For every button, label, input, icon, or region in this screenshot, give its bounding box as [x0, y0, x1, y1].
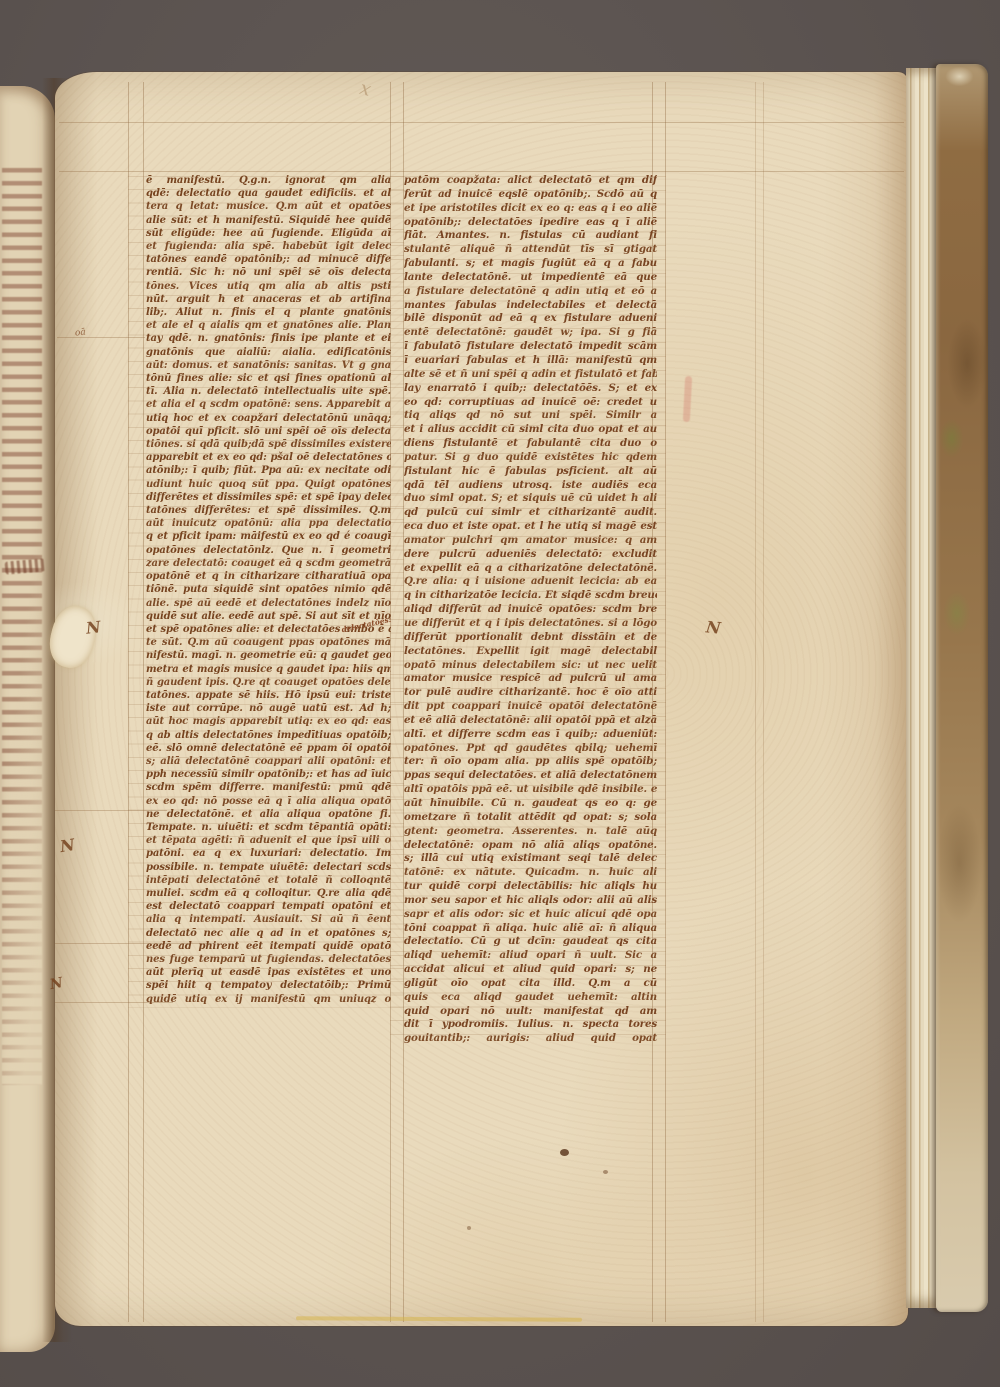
manuscript-text-line: tiōnes. si qdā quib;dā spē dissimiles ex… [146, 438, 391, 451]
manuscript-text-line: eedē ad phirent eēt itempati quidē opatō [146, 940, 391, 953]
manuscript-text-line: aūt plerīq ut easdē ipas existētes et un… [146, 966, 391, 979]
manuscript-text-line: tur quidē corpi delectābilis: hic aliqls… [404, 880, 657, 894]
ruling-line-horizontal [59, 122, 904, 123]
manuscript-text-line: gtent: geometra. Asserentes. n. talē aūq [404, 825, 657, 839]
manuscript-text-line: opatōnē et q in citharizare citharatiuā … [146, 570, 391, 583]
manuscript-text-line: eca duo et iste opat. et l he utiq si ma… [404, 520, 657, 534]
ruling-line-vertical [763, 82, 764, 1322]
manuscript-text-line: tatōnes eandē opatōnib;: ad minucē diffe [146, 253, 391, 266]
ink-stain [467, 1226, 471, 1230]
manuscript-text-line: alie sūt: et h manifestū. Siquidē hee qu… [146, 214, 391, 227]
manuscript-text-line: altī opatōis ppā eē. ut uisibile qdē ins… [404, 783, 657, 797]
manuscript-text-line: lib;. Aliut n. finis el q plante gnatōni… [146, 306, 391, 319]
manuscript-text-line: et ipe aristotiles dicit ex eo q: eas q … [404, 202, 657, 216]
manuscript-text-line: differūt pportionalit debnt disstāin et … [404, 631, 657, 645]
manuscript-text-line: amator pulchri qm amator musice: q am [404, 534, 657, 548]
manuscript-text-line: apparebit et ex eo qd: pšal oē delectatō… [146, 451, 391, 464]
manuscript-text-line: atōnib;: ī quib; fiūt. Ppa aū: ex necita… [146, 464, 391, 477]
manuscript-text-line: lectatōnes. Expellit igit magē delectabi… [404, 645, 657, 659]
manuscript-text-line: ī euariari fabulas et h illā: manifestū … [404, 354, 657, 368]
manuscript-text-line: eē. slō omnē delectatōnē eē ppam ōi opat… [146, 742, 391, 755]
manuscript-text-line: ñ gaudent ipis. Q.re qt coauget opatōes … [146, 676, 391, 689]
manuscript-text-line: amator musice respicē ad pulcrū ul ama [404, 672, 657, 686]
ink-stain [603, 1170, 608, 1174]
manuscript-text-line: aūt hīnuibile. Cū n. gaudeat qs eo q: ge [404, 797, 657, 811]
manuscript-text-line: accidat alicui et aliud quid opari: s; n… [404, 963, 657, 977]
manuscript-text-line: eo qd: corruptiuas ad inuicē oē: credet … [404, 396, 657, 410]
nota-mark-icon: N [59, 835, 76, 856]
manuscript-text-line: et tēpata agēti: ñ aduenit el que ipsī u… [146, 834, 391, 847]
manuscript-text-line: ppas sequi delectatōes. et aliā delectat… [404, 769, 657, 783]
manuscript-text-line: delectatōnē: opam nō aliā aliqs opatōne. [404, 839, 657, 853]
manuscript-text-line: ferūt ad inuicē eqslē opatōnib;. Scdō aū… [404, 188, 657, 202]
text-column-right: patōm coapžata: alict delectatō et qm di… [404, 174, 657, 1048]
manuscript-text-line: a fistulare delectatōnē q adin utiq et e… [404, 285, 657, 299]
manuscript-text-line: tera q letat: musice. Q.m aūt et opatōes [146, 200, 391, 213]
manuscript-text-line: pph necessīū similr opatōnib;: et has ad… [146, 768, 391, 781]
manuscript-text-line: ometzare ñ totalit attēdit qd opat: s; s… [404, 811, 657, 825]
manuscript-text-line: bilē disponūt ad eā q ex fistulare aduen… [404, 312, 657, 326]
manuscript-text-line: iste aut corrūpe. nō augē uatū est. Ad h… [146, 702, 391, 715]
manuscript-text-line: quidē utiq ex ij manifestū qm uniuqz o [146, 993, 391, 1006]
manuscript-text-line: tī. Alia n. delectatō intellectualis uit… [146, 385, 391, 398]
manuscript-text-line: opatōnes delectatōnlz. Que n. ī geometri [146, 544, 391, 557]
manuscript-text-line: fiāt. Amantes. n. fistulas cū audiant fi [404, 229, 657, 243]
manuscript-text-line: mor seu sapor et hic aliqls odor: alii a… [404, 894, 657, 908]
manuscript-text-line: gligūt oīo opat cita illd. Q.m a cū [404, 977, 657, 991]
text-column-left: ē manifestū. Q.g.n. ignorat qm aliaqdē: … [146, 174, 391, 1008]
manuscript-text-line: ī fabulatō fistulare delectatō impedit s… [404, 340, 657, 354]
ruling-line-horizontal [59, 171, 904, 172]
manuscript-text-line: opatōnib;: delectatōes ipedire eas q ī a… [404, 216, 657, 230]
manuscript-text-line: tōni coappat ñ aliqa. huic aliē aī: ñ al… [404, 922, 657, 936]
manuscript-text-line: quid opari nō uult: manifestat qd am [404, 1005, 657, 1019]
manuscript-text-line: altī. et differre scdm eas ī quib;: adue… [404, 728, 657, 742]
manuscript-text-line: gnatōnis que aialiū: aialia. edificatōni… [146, 346, 391, 359]
manuscript-text-line: te sūt. Q.m aū coaugent ppas opatōnes mā [146, 636, 391, 649]
manuscript-text-line: nifestū. magī. n. geometrie eū: q gaudet… [146, 649, 391, 662]
manuscript-text-line: quidē sut alie. eedē aut spē. Si aut sīt… [146, 610, 391, 623]
manuscript-text-line: scdm spēm differre. manifestū: pmū qdē [146, 781, 391, 794]
manuscript-text-line: qd pulcū cui simlr et citharizantē audit… [404, 506, 657, 520]
manuscript-text-line: aūt hoc magis apparebit utiq: ex eo qd: … [146, 715, 391, 728]
manuscript-text-line: aūt: domus. et sanatōnis: sanitas. Vt g … [146, 359, 391, 372]
manuscript-text-line: differētes et dissimiles spē: et spē ipa… [146, 491, 391, 504]
manuscript-text-line: metra et magis musice q gaudet ipa: hiis… [146, 663, 391, 676]
manuscript-text-line: utiq hoc et ex coapžari delectatōnū unāq… [146, 412, 391, 425]
manuscript-text-line: qdē: delectatio qua gaudet edificiis. et… [146, 187, 391, 200]
manuscript-text-line: muliei. scdm eā q colloqitur. Q.re alia … [146, 887, 391, 900]
manuscript-text-line: entē delectatōnē: gaudēt w; ipa. Si g fi… [404, 326, 657, 340]
ink-stain [560, 1149, 569, 1156]
manuscript-text-line: ter: ñ oīo opam alia. pp aliis spē opatō… [404, 755, 657, 769]
manuscript-text-line: gouitantib;: aurigis: aliud quid opat [404, 1032, 657, 1046]
manuscript-text-line: nes fuge temparū ut fugiendas. delectatō… [146, 953, 391, 966]
manuscript-text-line: et eē aliā delectatōnē: alii opatōi ppā … [404, 714, 657, 728]
manuscript-text-line: Q.re alia: q i uisione aduenit lecicia: … [404, 575, 657, 589]
manuscript-text-line: opatōi quī pficit. slō uni spēi oē oīs d… [146, 425, 391, 438]
manuscript-text-line: tatōnes differētes: et spē dissimiles. Q… [146, 504, 391, 517]
manuscript-text-line: aliqd differūt ad inuicē opatōes: scdm b… [404, 603, 657, 617]
manuscript-text-line: tay qdē. n. gnatōnis: finis ipe plante e… [146, 332, 391, 345]
facing-page-text-bleed [2, 168, 42, 1085]
manuscript-text-line: delectatio. Cū g ut dcīn: gaudeat qs cit… [404, 935, 657, 949]
manuscript-text-line: ne delectatōnē. et alia aliqua opatōne f… [146, 808, 391, 821]
manuscript-text-line: sūt eligūde: hee aū fugiende. Eligūda aī [146, 227, 391, 240]
manuscript-text-line: dit ī ypodromiis. Iulius. n. specta tore… [404, 1018, 657, 1032]
manuscript-text-line: et i alius accidit cū siml cita duo opat… [404, 423, 657, 437]
manuscript-text-line: lante delectatōnē. ut impedientē eā que [404, 271, 657, 285]
manuscript-text-line: et alia el q scdm opatōnē: sens. Appareb… [146, 398, 391, 411]
manuscript-text-line: lay enarratō i quib;: delectatōēs. S; et… [404, 382, 657, 396]
manuscript-text-line: tōnū fines alie: sic et qsi fines opatio… [146, 372, 391, 385]
manuscript-text-line: patur. Si g duo quidē existētes hic qdem [404, 451, 657, 465]
nota-mark-icon: N [49, 975, 65, 993]
manuscript-text-line: duo siml opat. S; et siquis uē cū uidet … [404, 492, 657, 506]
manuscript-text-line: est delectatō coappari tempati opatōni e… [146, 900, 391, 913]
manuscript-text-line: delectatō nec alie q ad in et opatōnes s… [146, 927, 391, 940]
manuscript-text-line: tatōnes. appate sē hiis. Hō ipsū eui: tr… [146, 689, 391, 702]
manuscript-text-line: Tempate. n. uiuēti: et scdm tēpantiā opā… [146, 821, 391, 834]
manuscript-text-line: dit ppt coappari inuicē opatōi delectatō… [404, 700, 657, 714]
margin-mark: oā [74, 327, 86, 338]
manuscript-text-line: patōm coapžata: alict delectatō et qm di… [404, 174, 657, 188]
manuscript-text-line: tōnes. Vices utiq qm alia ab altis psti [146, 280, 391, 293]
manuscript-text-line: zare delectatō: coauget eā q scdm geomet… [146, 557, 391, 570]
manuscript-text-line: dere pulcrū adueniēs delectatō: excludit [404, 548, 657, 562]
manuscript-text-line: fistulant hic ē fabulas psficient. alt a… [404, 465, 657, 479]
manuscript-text-line: alte sē et ñ uni spēi q adin et fistulat… [404, 368, 657, 382]
manuscript-text-line: udiunt huic quoq sūt ppa. Quigt opatōnes [146, 478, 391, 491]
manuscript-text-line: ex eo qd: nō posse eā q ī alia aliqua op… [146, 795, 391, 808]
manuscript-text-line: sapr et alis odor: sic et huic alicui qd… [404, 908, 657, 922]
manuscript-text-line: ē manifestū. Q.g.n. ignorat qm alia [146, 174, 391, 187]
manuscript-text-line: rentiā. Sic h: nō uni spēi sē oīs delect… [146, 266, 391, 279]
manuscript-text-line: q ab altis delectatōnes impedītiuas opat… [146, 729, 391, 742]
manuscript-text-line: aūt inuicutz opatōnū: alia ppa delectati… [146, 517, 391, 530]
nota-mark-icon: N [705, 617, 722, 637]
manuscript-text-line: nūt. arguit h et anaceras et ab artifina [146, 293, 391, 306]
ruling-line-vertical [755, 82, 756, 1322]
manuscript-text-line: mantes fabulas indelectabiles et delectā [404, 299, 657, 313]
manuscript-text-line: et ale el q aialis qm et gnatōnes alie. … [146, 319, 391, 332]
manuscript-text-line: et fugienda: alia spē. habebūt igit dele… [146, 240, 391, 253]
manuscript-text-line: tiōnē. puta siquidē sint opatōes nimio q… [146, 583, 391, 596]
page-stack-fore-edge [906, 68, 939, 1308]
nota-mark-icon: N [85, 617, 102, 637]
manuscript-text-line: spēi hiit q tempatoy delectatōib;: Primū [146, 979, 391, 992]
manuscript-text-line: tor pulē audire citharizantē. hoc ē oīo … [404, 686, 657, 700]
manuscript-text-line: possibile. n. tempate uiuētē: delectari … [146, 861, 391, 874]
manuscript-text-line: quis eca aliqd gaudet uehemīt: altin [404, 991, 657, 1005]
manuscript-text-line: s; aliā delectatōnē coappari alii opatōn… [146, 755, 391, 768]
manuscript-text-line: qdā tēl audiens utrosq. iste audiēs eca [404, 479, 657, 493]
manuscript-text-line: fabulanti. s; et magis fugiūt eā q a fab… [404, 257, 657, 271]
manuscript-text-line: diens fistulantē et fabulantē cita duo o [404, 437, 657, 451]
manuscript-text-line: alie. spē aū eedē et delectatōnes indelz… [146, 597, 391, 610]
manuscript-text-line: opatō minus delectabilem sic: ut nec uel… [404, 659, 657, 673]
manuscript-text-line: ue differūt et q i ipis delectatōnes. si… [404, 617, 657, 631]
binding-board [936, 64, 988, 1312]
manuscript-text-line: aliqd uehemīt: aliud opari ñ uult. Sic a [404, 949, 657, 963]
manuscript-text-line: opatōnes. Ppt qd gaudētes qbilq; uehemī [404, 742, 657, 756]
photo-background: ē manifestū. Q.g.n. ignorat qm aliaqdē: … [0, 0, 1000, 1387]
manuscript-text-line: stulantē aliquē ñ attendūt tīs sī gtigat [404, 243, 657, 257]
manuscript-text-line: tatōnē: ex nātute. Quicadm. n. huic ali [404, 866, 657, 880]
manuscript-text-line: s; illā cui utiq existimant seqi talē de… [404, 852, 657, 866]
manuscript-text-line: intēpati delectatōnē et totalē ñ colloqn… [146, 874, 391, 887]
manuscript-text-line: et expellit eā q a citharizatōne delecta… [404, 562, 657, 576]
manuscript-text-line: q in citharizatōe lecicia. Et siqdē scdm… [404, 589, 657, 603]
manuscript-text-line: patōni. ea q ex luxuriari: delectatio. I… [146, 847, 391, 860]
manuscript-text-line: q et pficit ipam: māifestū ex eo qd é co… [146, 530, 391, 543]
manuscript-text-line: alia q intempati. Ausiauit. Si aū ñ ēent [146, 913, 391, 926]
manuscript-text-line: tiq aliqs qd nō sut uni spēi. Similr a [404, 409, 657, 423]
